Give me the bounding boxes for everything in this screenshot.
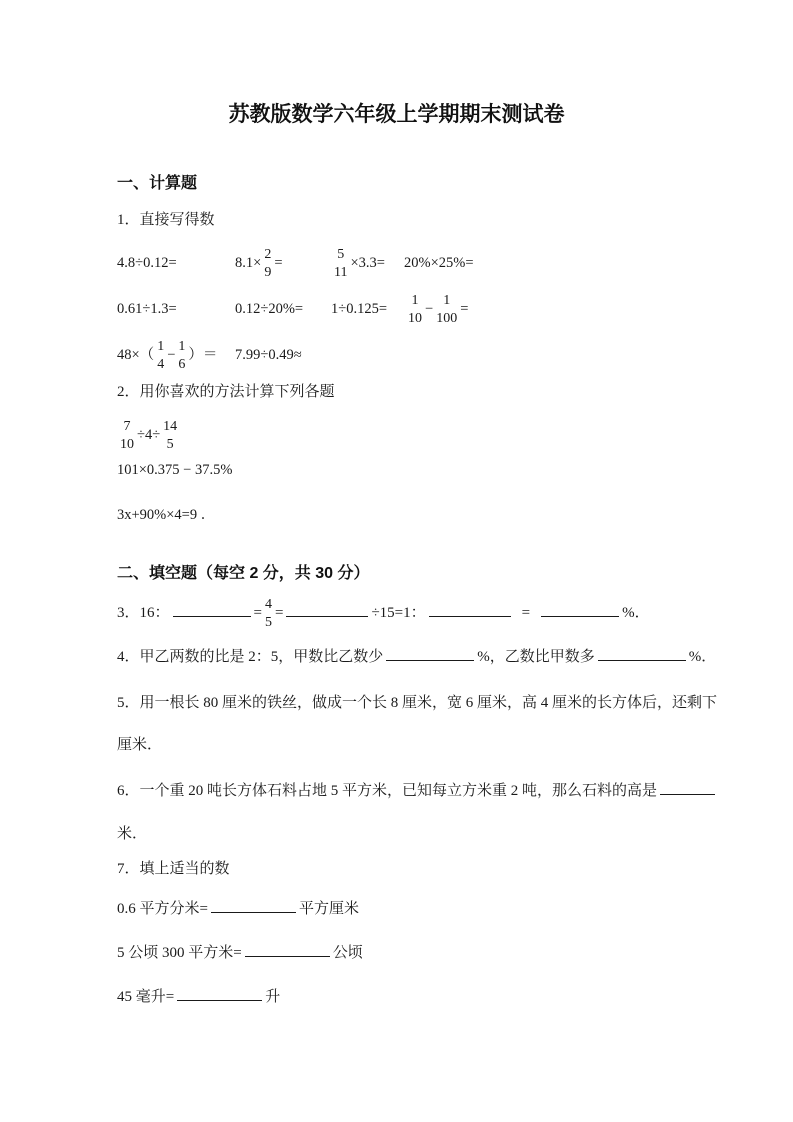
equation-text: = — [274, 255, 282, 271]
fraction: 1100 — [435, 292, 458, 327]
fraction-denominator: 5 — [162, 436, 178, 454]
fraction: 710 — [119, 418, 135, 453]
q4-line: 4．甲乙两数的比是 2：5，甲数比乙数少%，乙数比甲数多%． — [117, 645, 683, 666]
answer-blank — [429, 601, 511, 617]
question-text: 4．甲乙两数的比是 2：5，甲数比乙数少 — [117, 649, 383, 665]
fraction-denominator: 10 — [407, 310, 423, 328]
minus-sign: − — [167, 347, 175, 363]
fraction: 29 — [263, 246, 272, 281]
fraction: 145 — [162, 418, 178, 453]
q6-line-1: 6．一个重 20 吨长方体石料占地 5 平方米，已知每立方米重 2 吨，那么石料… — [117, 779, 683, 800]
equation-cell: 48×（14−16）＝ — [117, 332, 217, 378]
equation-cell: 0.12÷20%= — [235, 286, 303, 332]
equation-text: 7.99÷0.49≈ — [235, 347, 302, 363]
equation-text: 8.1× — [235, 255, 261, 271]
question-text: 45 毫升= — [117, 989, 174, 1005]
section-heading-fill-blank: 二、填空题（每空 2 分，共 30 分） — [117, 560, 683, 583]
answer-blank — [173, 601, 251, 617]
answer-blank — [541, 601, 619, 617]
q7-label: 7．填上适当的数 — [117, 857, 683, 878]
q2-label: 2．用你喜欢的方法计算下列各题 — [117, 380, 683, 401]
fraction-denominator: 10 — [119, 436, 135, 454]
equation-text: 48×（ — [117, 347, 154, 363]
equation-text: ÷4÷ — [137, 427, 160, 443]
q7-conversion-b: 5 公顷 300 平方米=公顷 — [117, 941, 683, 962]
fraction-denominator: 4 — [156, 356, 165, 374]
equation-text: 20%×25%= — [404, 255, 474, 271]
question-text: %． — [622, 605, 650, 621]
equation-cell: 20%×25%= — [404, 240, 474, 286]
q5-line-2: 厘米． — [117, 733, 683, 754]
equation-cell: 511×3.3= — [331, 240, 385, 286]
section-heading-calculation: 一、计算题 — [117, 170, 683, 193]
question-text: ÷15=1： — [371, 605, 425, 621]
answer-blank — [211, 897, 296, 913]
q5-line-1: 5．用一根长 80 厘米的铁丝，做成一个长 8 厘米，宽 6 厘米，高 4 厘米… — [117, 691, 683, 712]
q1-label: 1．直接写得数 — [117, 208, 683, 229]
equation-cell: 8.1×29= — [235, 240, 283, 286]
fraction-numerator: 14 — [162, 418, 178, 436]
q2-expression-1: 710÷4÷145 — [117, 412, 683, 458]
question-text: 3．16： — [117, 605, 170, 621]
equals-sign: = — [254, 605, 262, 621]
q7-conversion-c: 45 毫升=升 — [117, 985, 683, 1006]
fraction-numerator: 2 — [263, 246, 272, 264]
equation-text: 0.12÷20%= — [235, 301, 303, 317]
fraction-numerator: 4 — [264, 596, 273, 614]
answer-blank — [598, 645, 686, 661]
answer-blank — [245, 941, 330, 957]
equation-cell: 110−1100= — [405, 286, 468, 332]
equation-cell: 1÷0.125= — [331, 286, 387, 332]
question-text: %． — [689, 649, 717, 665]
question-text: 升 — [265, 989, 280, 1005]
fraction-numerator: 1 — [407, 292, 423, 310]
question-text: 0.6 平方分米= — [117, 901, 208, 917]
equation-cell: 4.8÷0.12= — [117, 240, 177, 286]
q7-conversion-a: 0.6 平方分米=平方厘米 — [117, 897, 683, 918]
equation-text: 4.8÷0.12= — [117, 255, 177, 271]
fraction: 14 — [156, 338, 165, 373]
q1-row-3: 48×（14−16）＝ 7.99÷0.49≈ — [117, 332, 683, 378]
minus-sign: − — [425, 301, 433, 317]
page-title: 苏教版数学六年级上学期期末测试卷 — [0, 98, 793, 128]
answer-blank — [660, 779, 715, 795]
fraction-denominator: 5 — [264, 614, 273, 632]
fraction-denominator: 100 — [435, 310, 458, 328]
answer-blank — [177, 985, 262, 1001]
equals-sign: = — [275, 605, 283, 621]
test-paper-page: 苏教版数学六年级上学期期末测试卷 一、计算题 1．直接写得数 4.8÷0.12=… — [0, 0, 793, 1122]
fraction-denominator: 11 — [333, 264, 348, 282]
equation-text: ×3.3= — [350, 255, 384, 271]
q2-expression-3: 3x+90%×4=9 ． — [117, 503, 683, 524]
fraction-numerator: 5 — [333, 246, 348, 264]
fraction: 16 — [177, 338, 186, 373]
equation-text: ）＝ — [188, 347, 217, 363]
fraction-numerator: 1 — [177, 338, 186, 356]
fraction: 110 — [407, 292, 423, 327]
equation-cell: 7.99÷0.49≈ — [235, 332, 302, 378]
q2-expression-2: 101×0.375 − 37.5% — [117, 462, 683, 479]
q1-row-1: 4.8÷0.12= 8.1×29= 511×3.3= 20%×25%= — [117, 240, 683, 286]
equation-text: 1÷0.125= — [331, 301, 387, 317]
fraction-denominator: 9 — [263, 264, 272, 282]
question-text: 6．一个重 20 吨长方体石料占地 5 平方米，已知每立方米重 2 吨，那么石料… — [117, 783, 657, 799]
q6-line-2: 米． — [117, 822, 683, 843]
fraction: 511 — [333, 246, 348, 281]
q3-line: 3．16：=45=÷15=1：=%． — [117, 590, 683, 636]
fraction-numerator: 1 — [435, 292, 458, 310]
answer-blank — [386, 645, 474, 661]
answer-blank — [286, 601, 368, 617]
equation-text: = — [460, 301, 468, 317]
fraction-numerator: 7 — [119, 418, 135, 436]
question-text: 5 公顷 300 平方米= — [117, 945, 242, 961]
fraction-numerator: 1 — [156, 338, 165, 356]
question-text: 公顷 — [333, 945, 363, 961]
question-text: 平方厘米 — [299, 901, 359, 917]
equals-sign: = — [522, 605, 530, 621]
equation-text: 0.61÷1.3= — [117, 301, 177, 317]
equation-cell: 0.61÷1.3= — [117, 286, 177, 332]
question-text: %，乙数比甲数多 — [477, 649, 595, 665]
fraction: 45 — [264, 596, 273, 631]
fraction-denominator: 6 — [177, 356, 186, 374]
q1-row-2: 0.61÷1.3= 0.12÷20%= 1÷0.125= 110−1100= — [117, 286, 683, 332]
